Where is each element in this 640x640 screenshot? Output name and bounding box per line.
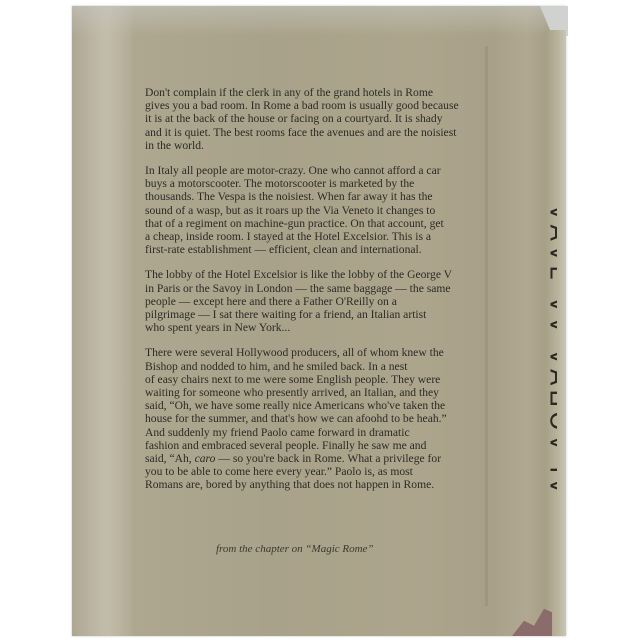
chapter-credit: from the chapter on “Magic Rome” xyxy=(216,543,456,555)
text-line: gives you a bad room. In Rome a bad room… xyxy=(145,99,470,112)
text-line: in the world. xyxy=(145,139,470,152)
text-line: There were several Hollywood producers, … xyxy=(145,346,470,359)
paragraph: The lobby of the Hotel Excelsior is like… xyxy=(145,268,470,334)
text-line: Don't complain if the clerk in any of th… xyxy=(145,86,470,99)
text-line: you to be able to come here every year.”… xyxy=(145,465,470,478)
text-line: said, “Oh, we have some really nice Amer… xyxy=(145,399,470,412)
flap-fold-line xyxy=(485,46,488,606)
text-line: Bishop and nodded to him, and he smiled … xyxy=(145,360,470,373)
excerpt-text: Don't complain if the clerk in any of th… xyxy=(145,86,470,504)
text-line: and it is quiet. The best rooms face the… xyxy=(145,126,470,139)
text-line: The lobby of the Hotel Excelsior is like… xyxy=(145,268,470,281)
text-line: that of a regiment on machine-gun practi… xyxy=(145,217,470,230)
text-line: pilgrimage — I sat there waiting for a f… xyxy=(145,308,470,321)
text-line: in Paris or the Savoy in London — the sa… xyxy=(145,282,470,295)
text-line: who spent years in New York... xyxy=(145,321,470,334)
text-line: house for the summer, and that's how we … xyxy=(145,412,470,425)
text-line: thousands. The Vespa is the noisiest. Wh… xyxy=(145,190,470,203)
paragraph: There were several Hollywood producers, … xyxy=(145,346,470,491)
paragraph: In Italy all people are motor-crazy. One… xyxy=(145,164,470,256)
text-line: And suddenly my friend Paolo came forwar… xyxy=(145,426,470,439)
spine-title: ΛΙ ΛΟΠ∀Ʌ ΛΛ ƎΛ∀Ʌ xyxy=(546,200,566,494)
text-line: waiting for someone who presently arrive… xyxy=(145,386,470,399)
text-line: first-rate establishment — efficient, cl… xyxy=(145,243,470,256)
book-spine: ΛΙ ΛΟΠ∀Ʌ ΛΛ ƎΛ∀Ʌ xyxy=(545,30,566,636)
text-line: people — except here and there a Father … xyxy=(145,295,470,308)
text-line: said, “Ah, caro — so you're back in Rome… xyxy=(145,452,470,465)
text-line: Romans are, bored by anything that does … xyxy=(145,478,470,491)
text-line: In Italy all people are motor-crazy. One… xyxy=(145,164,470,177)
paragraph: Don't complain if the clerk in any of th… xyxy=(145,86,470,152)
text-line: sound of a wasp, but as it roars up the … xyxy=(145,204,470,217)
text-line: a cheap, inside room. I stayed at the Ho… xyxy=(145,230,470,243)
text-line: fashion and embraced several people. Fin… xyxy=(145,439,470,452)
text-line: it is at the back of the house or facing… xyxy=(145,112,470,125)
text-line: buys a motorscooter. The motorscooter is… xyxy=(145,177,470,190)
text-line: of easy chairs next to me were some Engl… xyxy=(145,373,470,386)
